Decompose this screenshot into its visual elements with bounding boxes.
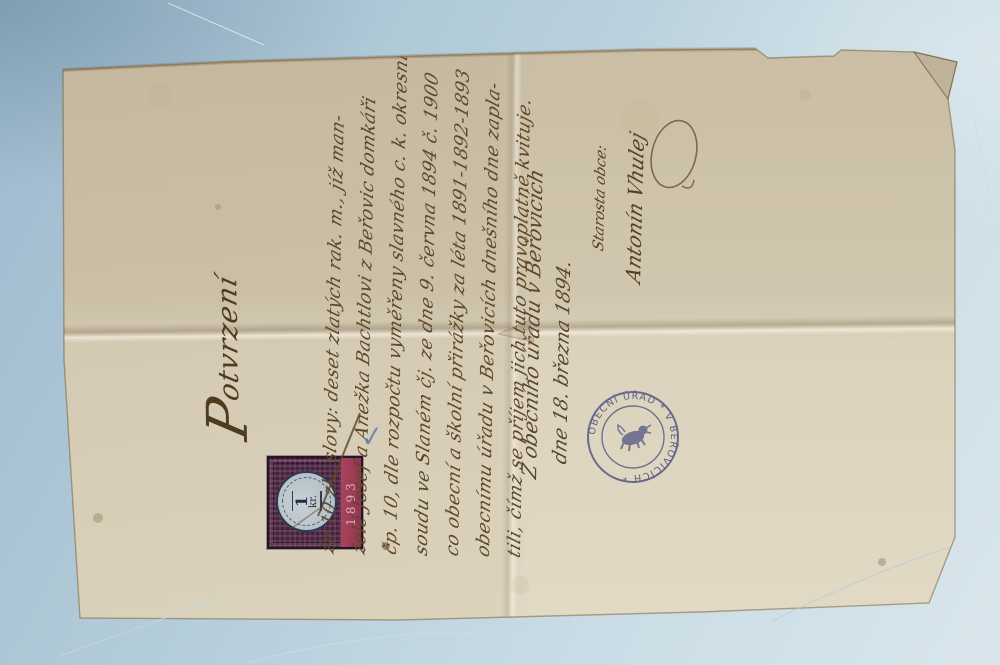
check-mark: ✓ xyxy=(360,419,384,455)
document-paper: Potvrzení 1 kr. 1893 že 10 zl., xyxy=(0,0,1000,665)
stamp-value: 1 xyxy=(294,496,309,507)
title-initial-letter: P xyxy=(195,392,261,445)
signature-role: Starosta obce: xyxy=(591,143,610,254)
stamp-rule xyxy=(292,492,294,512)
title-rest: otvrzení xyxy=(210,272,245,404)
signature-flourish xyxy=(644,116,704,194)
closing-place-line: Z obecního úřadu v Beřovicích xyxy=(517,166,547,482)
seal-emblem-lion xyxy=(618,425,651,451)
closing-date-line: dne 18. března 1894. xyxy=(549,257,575,467)
photo-background: Potvrzení 1 kr. 1893 že 10 zl., xyxy=(0,0,1000,665)
body-text: že 10 zl., slovy: deset zlatých rak. m.,… xyxy=(313,25,542,553)
document-content: Potvrzení 1 kr. 1893 že 10 zl., xyxy=(62,55,930,620)
document-title: Potvrzení xyxy=(201,270,254,444)
official-seal: OBECNÍ ÚŘAD * V BEŘOVICÍCH * xyxy=(585,389,681,485)
